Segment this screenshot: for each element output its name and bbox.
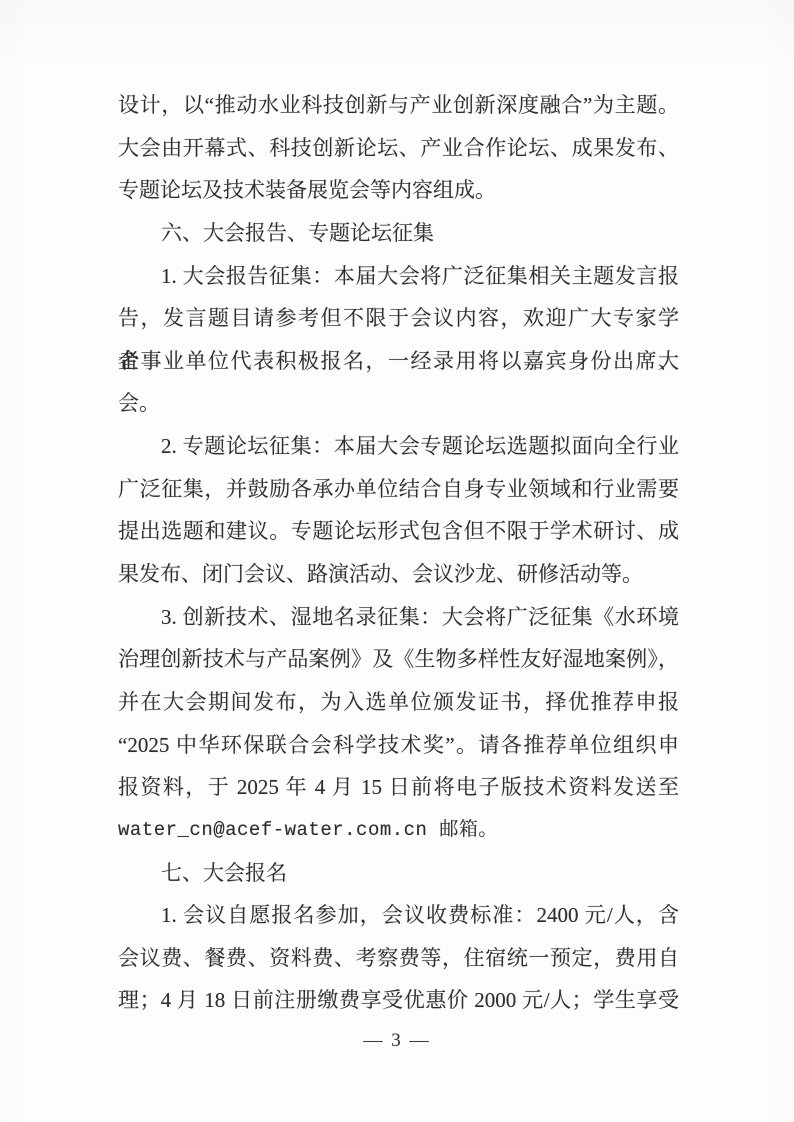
text-line: 会。: [118, 382, 679, 425]
page-number: — 3 —: [0, 1030, 794, 1052]
text-line: 2. 专题论坛征集：本届大会专题论坛选题拟面向全行业: [118, 425, 679, 468]
text-line: 1. 会议自愿报名参加，会议收费标准：2400 元/人，含: [118, 894, 679, 937]
text-line: 设计，以“推动水业科技创新与产业创新深度融合”为主题。: [118, 84, 679, 127]
text-line: 提出选题和建议。专题论坛形式包含但不限于学术研讨、成: [118, 510, 679, 553]
text-line: 告，发言题目请参考但不限于会议内容，欢迎广大专家学者、: [118, 297, 679, 340]
text-line: 会议费、餐费、资料费、考察费等，住宿统一预定，费用自: [118, 937, 679, 980]
text-line: 企事业单位代表积极报名，一经录用将以嘉宾身份出席大: [118, 340, 679, 383]
text-line: 并在大会期间发布，为入选单位颁发证书，择优推荐申报: [118, 681, 679, 724]
text-line: “2025 中华环保联合会科学技术奖”。请各推荐单位组织申: [118, 724, 679, 767]
document-body: 设计，以“推动水业科技创新与产业创新深度融合”为主题。大会由开幕式、科技创新论坛…: [118, 84, 679, 1022]
text-line: 广泛征集，并鼓励各承办单位结合自身专业领域和行业需要: [118, 468, 679, 511]
text-line: 报资料，于 2025 年 4 月 15 日前将电子版技术资料发送至: [118, 766, 679, 809]
document-page: 设计，以“推动水业科技创新与产业创新深度融合”为主题。大会由开幕式、科技创新论坛…: [0, 0, 794, 1122]
text-line: 治理创新技术与产品案例》及《生物多样性友好湿地案例》，: [118, 638, 679, 681]
text-line: 专题论坛及技术装备展览会等内容组成。: [118, 169, 679, 212]
text-line: 1. 大会报告征集：本届大会将广泛征集相关主题发言报: [118, 255, 679, 298]
text-line: water_cn@acef-water.com.cn 邮箱。: [118, 809, 679, 852]
text-line: 果发布、闭门会议、路演活动、会议沙龙、研修活动等。: [118, 553, 679, 596]
text-line: 七、大会报名: [118, 852, 679, 895]
text-line: 理；4 月 18 日前注册缴费享受优惠价 2000 元/人；学生享受: [118, 979, 679, 1022]
text-line: 大会由开幕式、科技创新论坛、产业合作论坛、成果发布、: [118, 127, 679, 170]
text-line: 3. 创新技术、湿地名录征集：大会将广泛征集《水环境: [118, 596, 679, 639]
text-line: 六、大会报告、专题论坛征集: [118, 212, 679, 255]
